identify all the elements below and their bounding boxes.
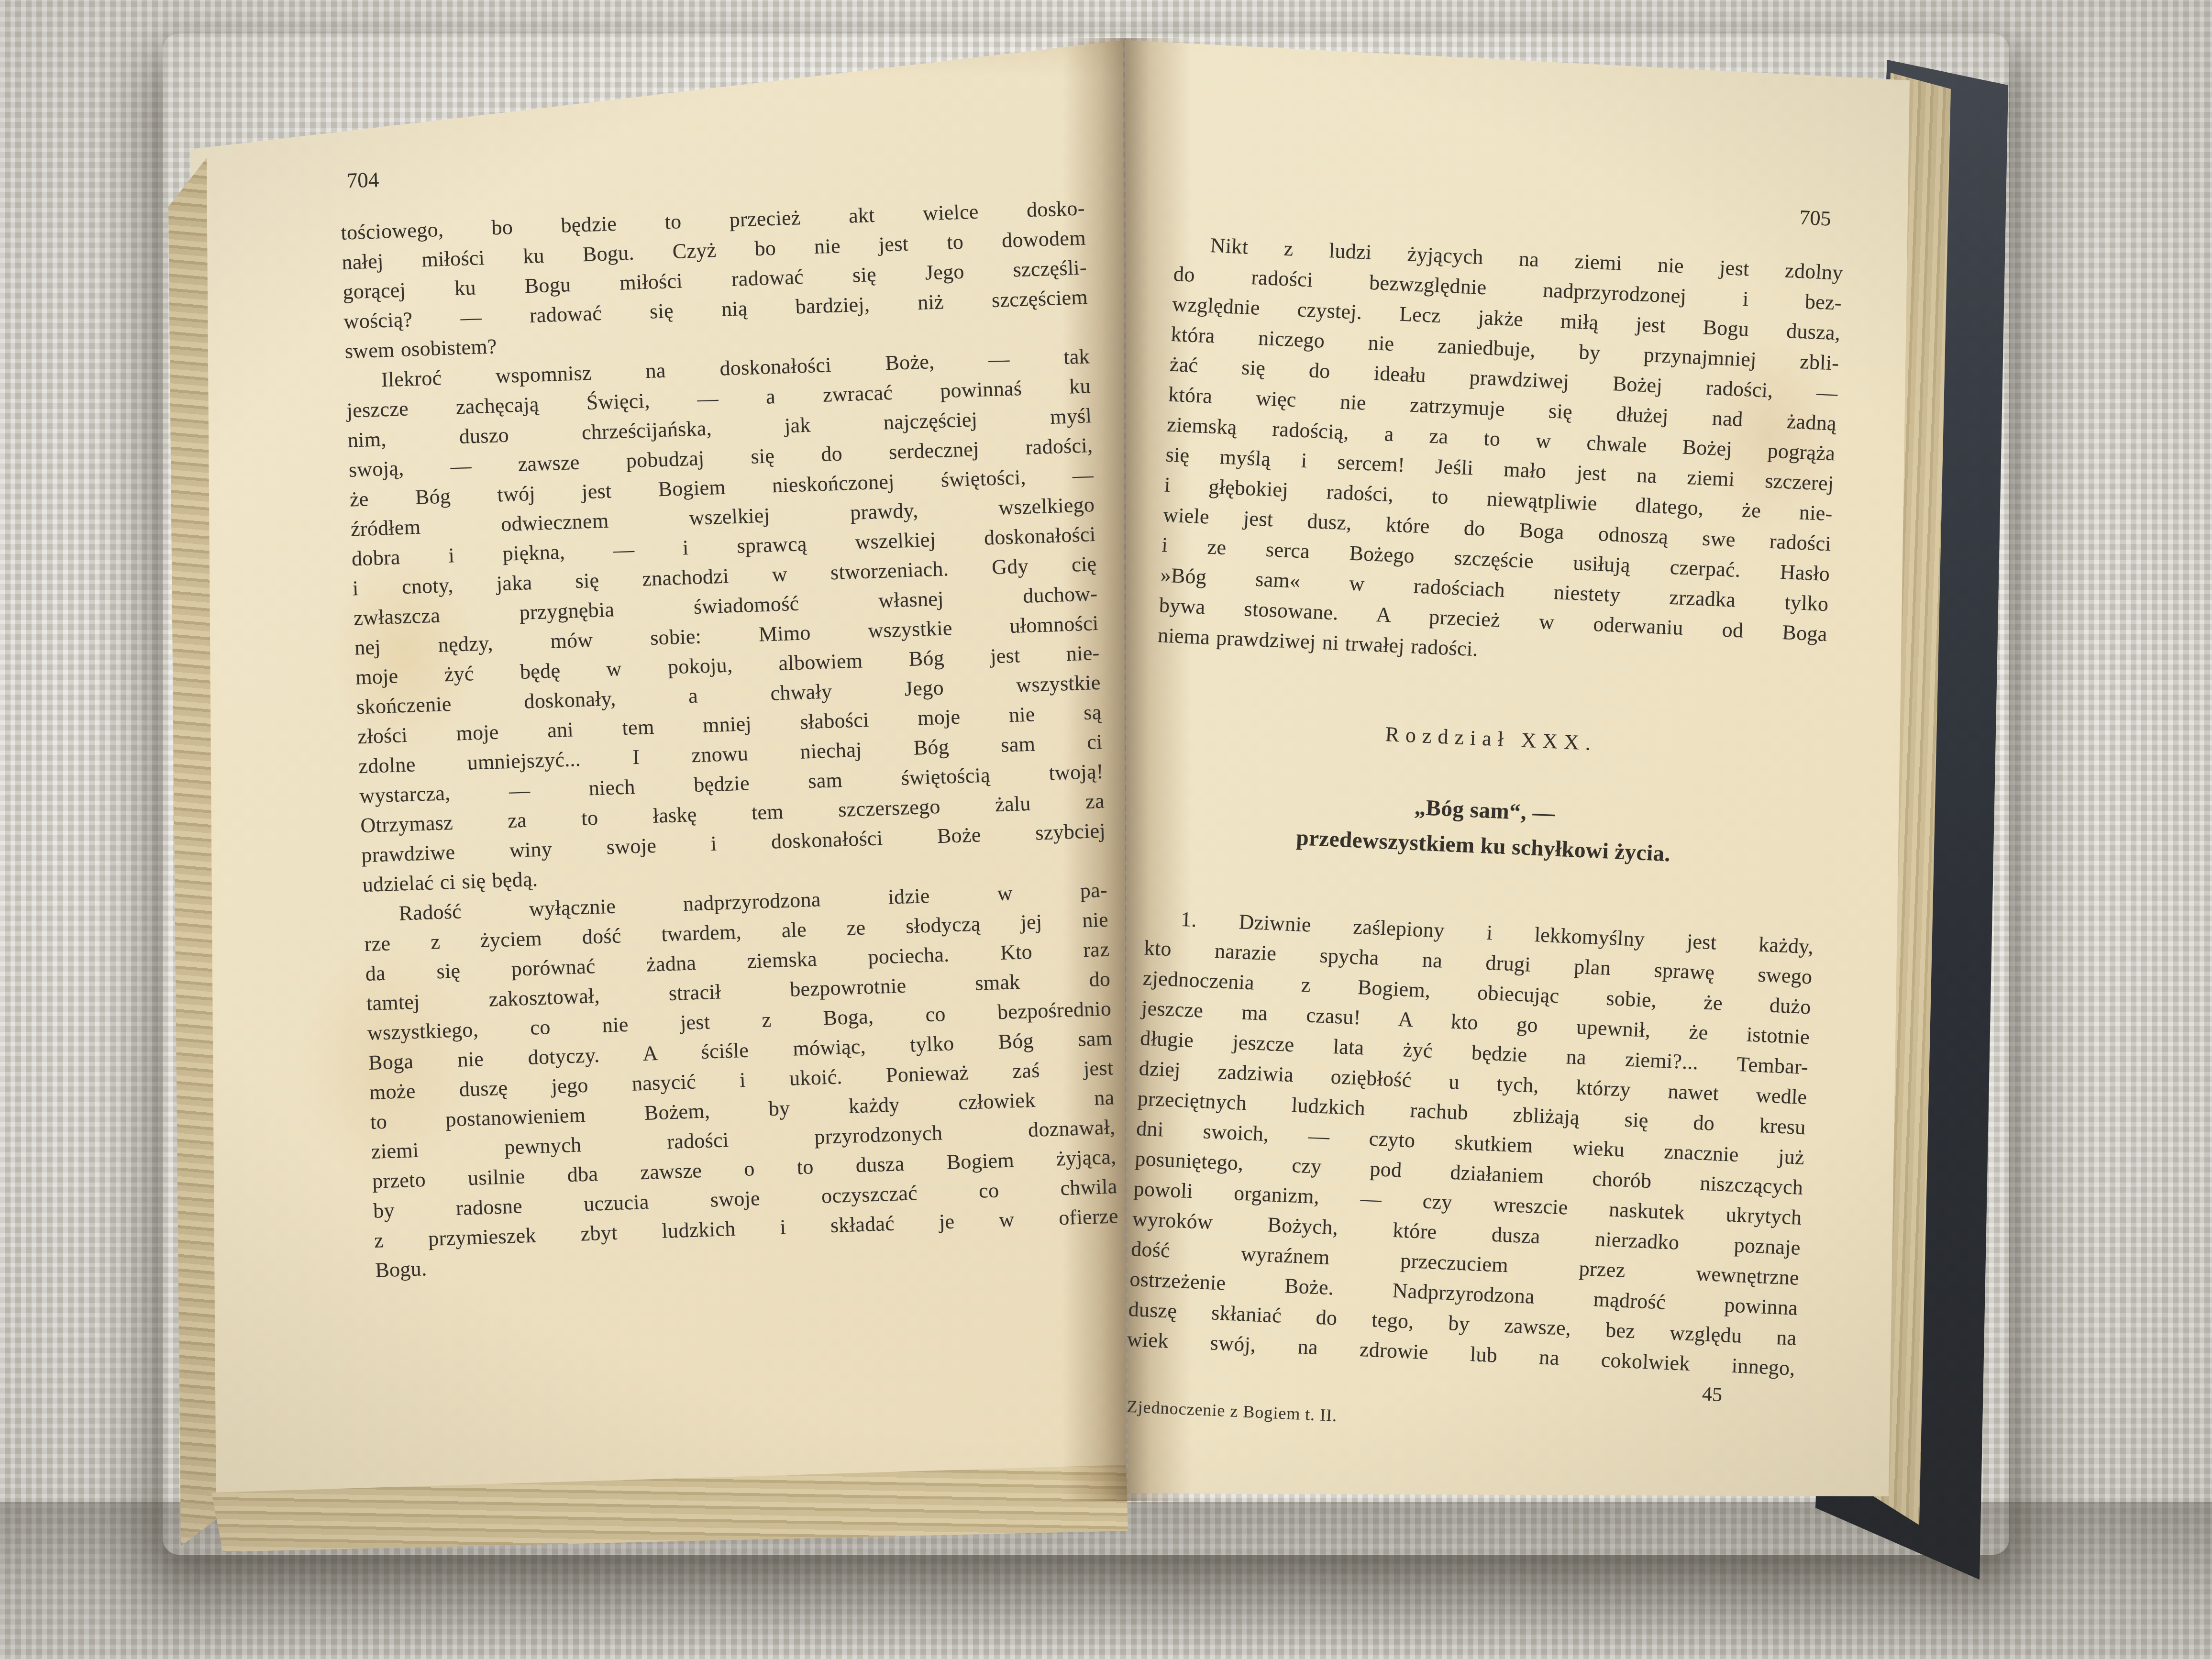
left-page-text: 704 tościowego, bo będzie to przecież ak… (339, 144, 1120, 1285)
book-bottom-shadow (0, 1502, 2212, 1659)
fabric-background: { "photo": { "fabric_color": "#d8d5cd", … (0, 0, 2212, 1659)
right-page-text: 705 Nikt z ludzi żyjących na ziemi nie j… (1124, 178, 1846, 1447)
chapter-heading: Rozdział XXX. (1153, 711, 1823, 766)
